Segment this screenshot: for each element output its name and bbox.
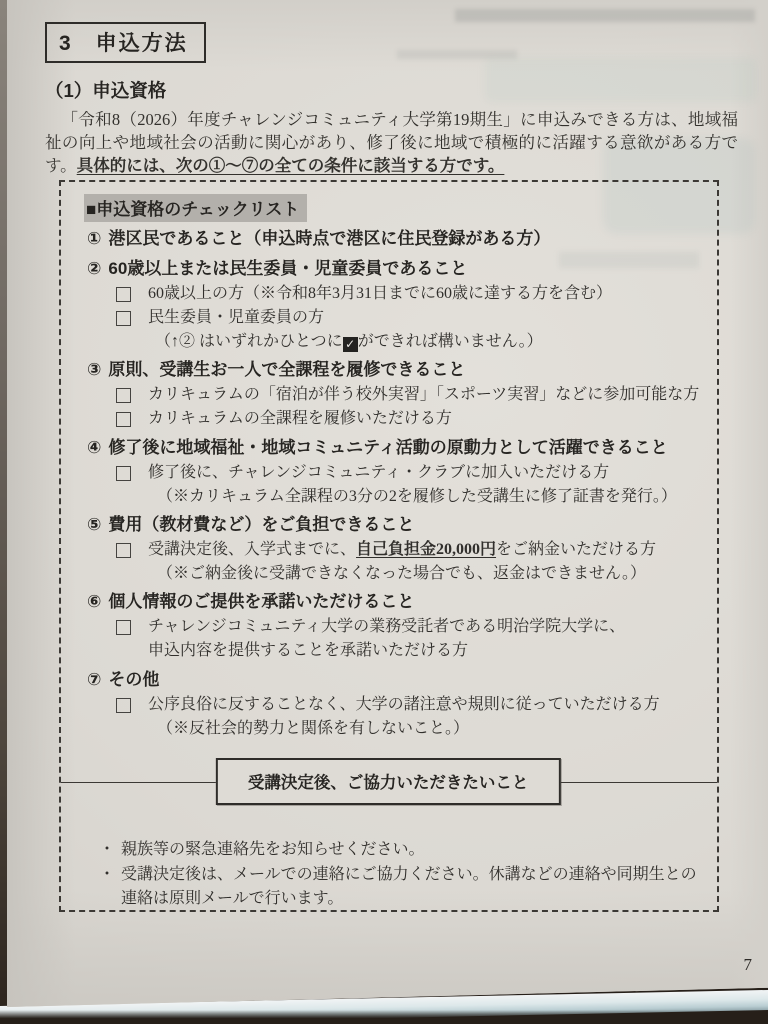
item-title: 修了後に地域福祉・地域コミュニティ活動の原動力として活躍できること — [108, 435, 667, 461]
bullet-mark: ・ — [99, 838, 121, 862]
item-title: 60歳以上または民生委員・児童委員であること — [108, 256, 467, 282]
checklist-item-7: ⑦その他 公序良俗に反することなく、大学の諸注意や規則に従っていただける方 （※… — [83, 667, 707, 740]
item-number: ⑦ — [87, 667, 101, 693]
checkbox-icon — [116, 620, 131, 635]
bullet-text: 受講決定後は、メールでの連絡にご協力ください。休講などの連絡や同期生との連絡は原… — [121, 863, 703, 911]
check-option: 民生委員・児童委員の方 — [148, 306, 324, 330]
checklist-header: ■申込資格のチェックリスト — [84, 194, 307, 222]
item-note: （※ご納金後に受講できなくなった場合でも、返金はできません。） — [157, 562, 707, 585]
check-option: カリキュラムの全課程を履修いただける方 — [148, 407, 452, 431]
intro-paragraph: 「令和8（2026）年度チャレンジコミュニティ大学第19期生」に申込みできる方は… — [45, 108, 738, 177]
item-number: ④ — [87, 435, 101, 461]
check-option: カリキュラムの「宿泊が伴う校外実習」「スポーツ実習」などに参加可能な方 — [148, 383, 699, 407]
check-option: 公序良俗に反することなく、大学の諸注意や規則に従っていただける方 — [148, 693, 660, 717]
check-option: チャレンジコミュニティ大学の業務受託者である明治学院大学に、 — [148, 615, 625, 639]
item-number: ⑤ — [87, 512, 101, 538]
checked-checkbox-icon: ✓ — [343, 337, 358, 352]
eligibility-checklist-box: ■申込資格のチェックリスト ①港区民であること（申込時点で港区に住民登録がある方… — [59, 180, 719, 912]
checklist-item-5: ⑤費用（教材費など）をご負担できること 受講決定後、入学式までに、自己負担金20… — [83, 512, 707, 585]
cooperation-divider: 受講決定後、ご協力いただきたいこと — [83, 758, 707, 808]
checkbox-icon — [116, 543, 131, 558]
checklist-item-4: ④修了後に地域福祉・地域コミュニティ活動の原動力として活躍できること 修了後に、… — [83, 435, 707, 508]
checkbox-icon — [116, 287, 131, 302]
checklist-item-6: ⑥個人情報のご提供を承諾いただけること チャレンジコミュニティ大学の業務受託者で… — [83, 589, 707, 663]
table-surface — [0, 1010, 768, 1024]
checkbox-icon — [116, 311, 131, 326]
item-title: 個人情報のご提供を承諾いただけること — [108, 589, 414, 615]
check-option: 60歳以上の方（※令和8年3月31日までに60歳に達する方を含む） — [148, 282, 612, 306]
checkbox-icon — [116, 466, 131, 481]
checklist-item-3: ③原則、受講生お一人で全課程を履修できること カリキュラムの「宿泊が伴う校外実習… — [83, 357, 707, 431]
subsection-heading: （1）申込資格 — [45, 77, 738, 103]
checkbox-icon — [116, 388, 131, 403]
item-note: （※カリキュラム全課程の3分の2を履修した受講生に修了証書を発行。） — [157, 485, 707, 508]
page-number: 7 — [744, 955, 753, 975]
check-option: 受講決定後、入学式までに、自己負担金20,000円をご納金いただける方 — [148, 538, 656, 562]
item-title: 費用（教材費など）をご負担できること — [108, 512, 414, 538]
payment-amount: 自己負担金20,000円 — [356, 541, 496, 558]
document-page: 3 申込方法 （1）申込資格 「令和8（2026）年度チャレンジコミュニティ大学… — [7, 0, 768, 1012]
check-option-continued: 申込内容を提供することを承諾いただける方 — [148, 639, 468, 663]
item-title: その他 — [108, 667, 159, 693]
divider-label-box: 受講決定後、ご協力いただきたいこと — [216, 758, 561, 805]
checkbox-icon — [116, 698, 131, 713]
checklist-item-2: ②60歳以上または民生委員・児童委員であること 60歳以上の方（※令和8年3月3… — [83, 256, 707, 353]
bullet-text: 親族等の緊急連絡先をお知らせください。 — [121, 838, 425, 862]
item-number: ⑥ — [87, 589, 101, 615]
item-note: （※反社会的勢力と関係を有しないこと。） — [157, 717, 707, 740]
item-title: 港区民であること（申込時点で港区に住民登録がある方） — [108, 226, 550, 252]
checklist-item-1: ①港区民であること（申込時点で港区に住民登録がある方） — [83, 226, 707, 252]
bullet-item: ・ 受講決定後は、メールでの連絡にご協力ください。休講などの連絡や同期生との連絡… — [99, 863, 703, 911]
cooperation-notes: ・ 親族等の緊急連絡先をお知らせください。 ・ 受講決定後は、メールでの連絡にご… — [99, 838, 703, 912]
bullet-item: ・ 親族等の緊急連絡先をお知らせください。 — [99, 838, 703, 862]
check-option: 修了後に、チャレンジコミュニティ・クラブに加入いただける方 — [148, 461, 609, 485]
item-number: ② — [87, 256, 101, 282]
checkbox-icon — [116, 412, 131, 427]
item-number: ① — [87, 226, 101, 252]
intro-underlined-text: 具体的には、次の①～⑦の全ての条件に該当する方です。 — [77, 156, 505, 175]
item-note: （↑② はいずれかひとつに✓ができれば構いません。） — [155, 330, 707, 353]
bullet-mark: ・ — [99, 863, 121, 911]
photographed-booklet-page: 3 申込方法 （1）申込資格 「令和8（2026）年度チャレンジコミュニティ大学… — [0, 0, 768, 1024]
item-number: ③ — [87, 357, 101, 383]
section-heading-box: 3 申込方法 — [45, 22, 206, 63]
item-title: 原則、受講生お一人で全課程を履修できること — [108, 357, 465, 383]
